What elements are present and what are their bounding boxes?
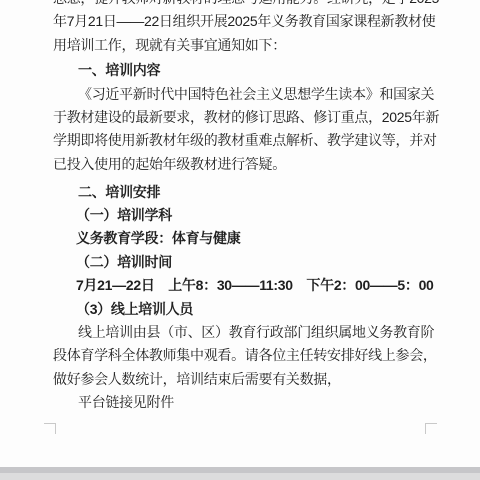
text-boundary-mark-right-icon: [425, 423, 437, 434]
doc-line: 已投入使用的起始年级教材进行答疑。: [53, 153, 445, 176]
doc-heading-1: 一、培训内容: [53, 59, 445, 82]
doc-line: 年7月21日——22日组织开展2025年义务教育国家课程新教材使: [53, 10, 445, 33]
doc-line: 做好参会人数统计，培训结束后需要有关数据，: [53, 368, 445, 391]
doc-line: 于教材建设的最新要求，教材的修订思路、修订重点，2025年新: [53, 106, 445, 129]
doc-line-time-value: 7月21—22日 上午8：30——11:30 下午2：00——5：00: [53, 274, 445, 297]
doc-line: 《习近平新时代中国特色社会主义思想学生读本》和国家关: [53, 83, 445, 106]
doc-line-subject-value: 义务教育学段：体育与健康: [53, 227, 445, 250]
doc-heading-2: 二、培训安排: [53, 181, 445, 204]
doc-line: 线上培训由县（市、区）教育行政部门组织属地义务教育阶: [53, 321, 445, 344]
doc-subheading-participants: （3）线上培训人员: [53, 298, 445, 321]
page-bottom-edge: [0, 467, 480, 480]
doc-line-attachment-note: 平台链接见附件: [53, 391, 445, 414]
doc-line: 段体育学科全体教师集中观看。请各位主任转安排好线上参会，: [53, 344, 445, 367]
doc-subheading-training-time: （二）培训时间: [53, 251, 445, 274]
doc-line-clipped: 思想，提升教师对新教材的理念与运用能力。经研究，定于2025: [53, 0, 445, 10]
doc-line: 用培训工作，现就有关事宜通知如下：: [53, 34, 445, 57]
document-content: 思想，提升教师对新教材的理念与运用能力。经研究，定于2025 年7月21日——2…: [53, 0, 445, 415]
text-boundary-mark-left-icon: [44, 423, 56, 434]
doc-line: 学期即将使用新教材年级的教材重难点解析、教学建议等，并对: [53, 129, 445, 152]
document-page: 思想，提升教师对新教材的理念与运用能力。经研究，定于2025 年7月21日——2…: [0, 0, 480, 480]
doc-subheading-training-subject: （一）培训学科: [53, 204, 445, 227]
